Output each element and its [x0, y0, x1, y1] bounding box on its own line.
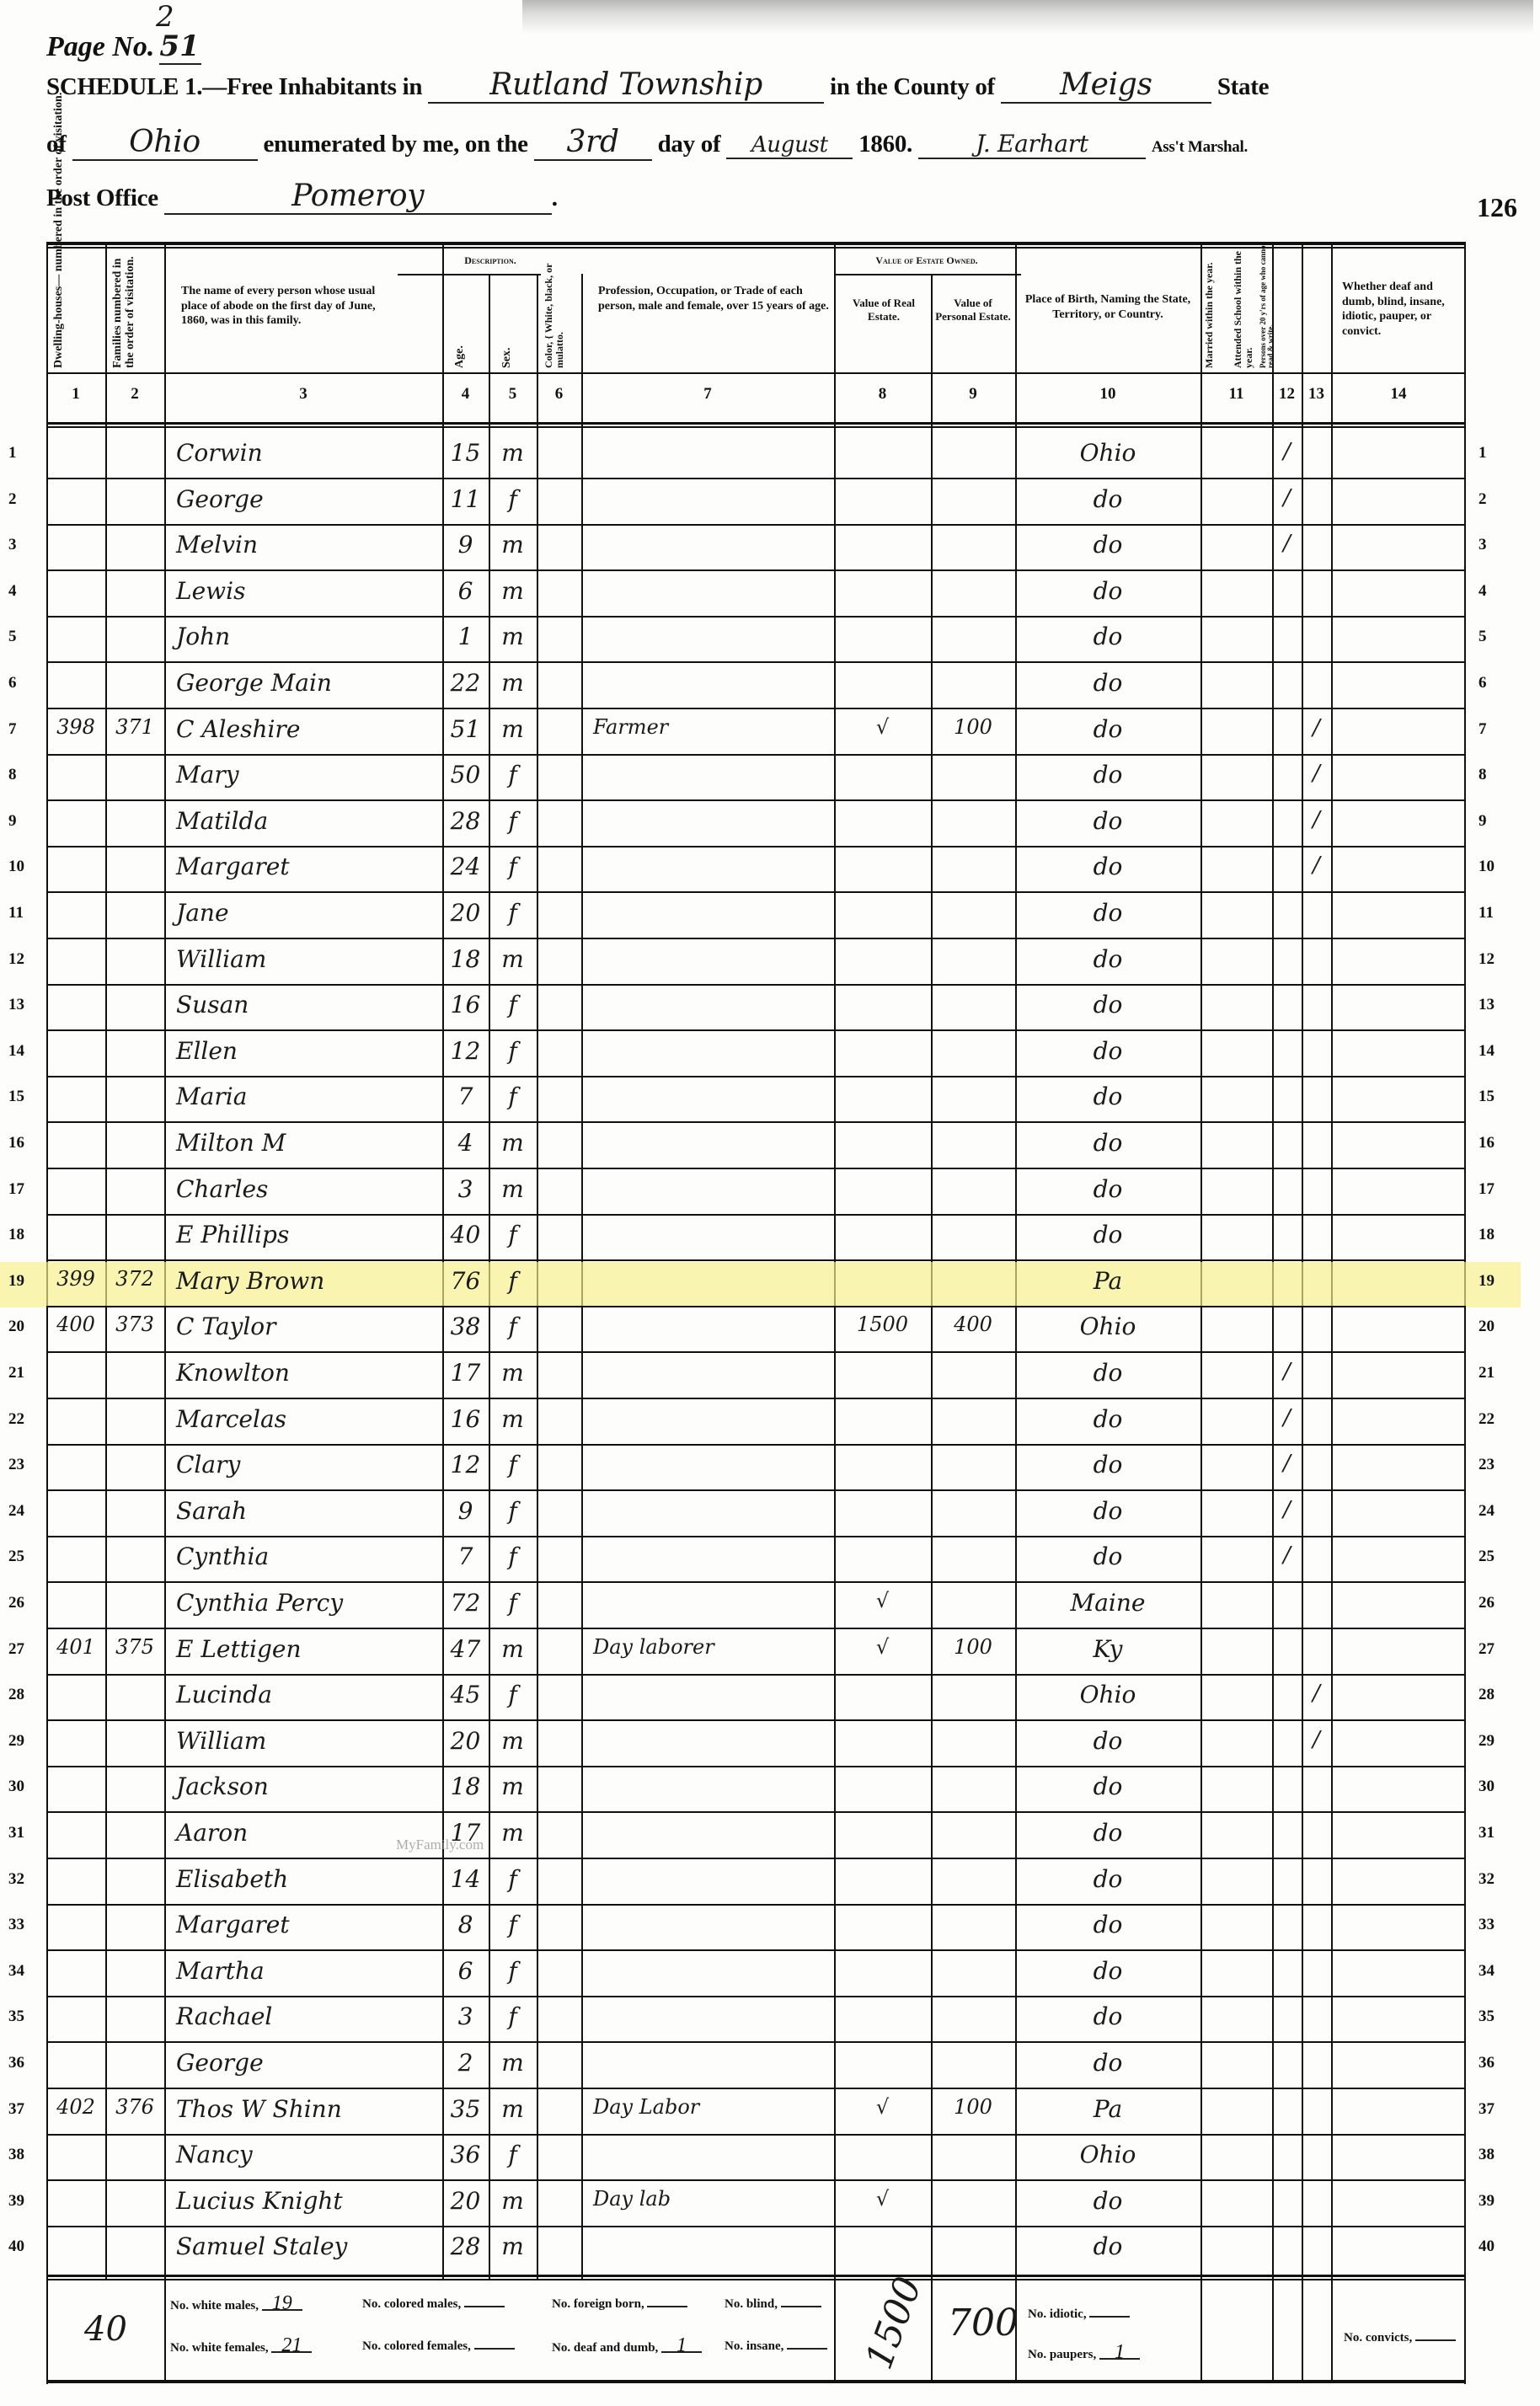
- school-mark: /: [1272, 1543, 1302, 1568]
- sex: f: [489, 485, 537, 513]
- line-number: 36: [8, 2054, 24, 2072]
- school-mark: /: [1272, 485, 1302, 511]
- personal-estate-value: 400: [931, 1313, 1015, 1336]
- sex: f: [489, 2002, 537, 2030]
- person-name: Rachael: [176, 2002, 272, 2030]
- age: 9: [442, 531, 489, 559]
- family-number: 376: [105, 2095, 164, 2119]
- line-number: 16: [8, 1134, 24, 1152]
- column-number: 6: [537, 385, 581, 404]
- sex: f: [489, 1865, 537, 1893]
- deaf-dumb-value: 1: [661, 2339, 702, 2353]
- line-number: 6: [8, 674, 17, 692]
- table-row[interactable]: 2828Lucinda45fOhio/: [46, 1676, 1466, 1721]
- table-row[interactable]: 2222Marcelas16mdo/: [46, 1400, 1466, 1446]
- table-row[interactable]: 3939Lucius Knight20mDay lab√do: [46, 2182, 1466, 2227]
- age: 45: [442, 1681, 489, 1708]
- dwelling-number: 401: [46, 1635, 105, 1659]
- age: 7: [442, 1083, 489, 1110]
- sex: f: [489, 1957, 537, 1985]
- col2-header: Families numbered in the order of visita…: [112, 250, 136, 368]
- age: 16: [442, 991, 489, 1019]
- sex: m: [489, 2187, 537, 2215]
- line-number: 30: [1479, 1778, 1495, 1796]
- person-name: John: [176, 623, 230, 650]
- age: 3: [442, 2002, 489, 2030]
- age: 38: [442, 1313, 489, 1340]
- table-row[interactable]: 2929William20mdo/: [46, 1722, 1466, 1767]
- line-number: 13: [1479, 996, 1495, 1014]
- table-row[interactable]: 1212William18mdo: [46, 940, 1466, 986]
- col9-header: Value of Personal Estate.: [933, 297, 1013, 324]
- age: 15: [442, 439, 489, 467]
- line-number: 12: [1479, 950, 1495, 969]
- sex: f: [489, 1083, 537, 1110]
- place-of-birth: do: [1015, 1175, 1200, 1203]
- illiterate-mark: /: [1302, 1681, 1331, 1706]
- line-number: 37: [8, 2100, 24, 2119]
- table-row[interactable]: 1111Jane20fdo: [46, 894, 1466, 939]
- description-header: Description.: [444, 254, 537, 267]
- insane-label: No. insane,: [725, 2339, 783, 2353]
- person-name: Melvin: [176, 531, 258, 559]
- paupers-value: 1: [1099, 2346, 1140, 2360]
- line-number: 33: [1479, 1916, 1495, 1934]
- sex: m: [489, 669, 537, 697]
- table-row[interactable]: 3434Martha6fdo: [46, 1952, 1466, 1997]
- line-number: 32: [8, 1870, 24, 1889]
- place-of-birth: do: [1015, 899, 1200, 927]
- illiterate-mark: /: [1302, 1727, 1331, 1752]
- table-row[interactable]: 1616Milton M4mdo: [46, 1124, 1466, 1169]
- age: 28: [442, 2232, 489, 2260]
- sex: m: [489, 439, 537, 467]
- line-number: 7: [1479, 720, 1487, 739]
- sex: f: [489, 1221, 537, 1248]
- person-name: Lucinda: [176, 1681, 272, 1708]
- line-number: 1: [8, 444, 17, 462]
- place-of-birth: do: [1015, 1543, 1200, 1570]
- age: 24: [442, 853, 489, 880]
- line-number: 3: [1479, 536, 1487, 554]
- sex: f: [489, 1681, 537, 1708]
- table-row[interactable]: 3737402376Thos W Shinn35mDay Labor√100Pa: [46, 2090, 1466, 2136]
- scan-smudge: [522, 0, 1533, 34]
- line-number: 23: [8, 1456, 24, 1474]
- place-of-birth: do: [1015, 1727, 1200, 1755]
- real-estate-value: √: [834, 2095, 931, 2119]
- age: 4: [442, 1129, 489, 1157]
- place-of-birth: do: [1015, 2002, 1200, 2030]
- person-name: Cynthia: [176, 1543, 269, 1570]
- line-number: 38: [1479, 2146, 1495, 2164]
- line-number: 25: [1479, 1548, 1495, 1566]
- place-of-birth: do: [1015, 715, 1200, 743]
- age: 50: [442, 761, 489, 789]
- column-number: 9: [931, 385, 1015, 404]
- sex: f: [489, 1911, 537, 1938]
- col7-header: Profession, Occupation, or Trade of each…: [598, 284, 834, 313]
- line-number: 4: [1479, 582, 1487, 601]
- white-females-summary: No. white females, 21: [170, 2339, 312, 2355]
- age: 18: [442, 1772, 489, 1800]
- col10-header: Place of Birth, Naming the State, Territ…: [1019, 292, 1196, 322]
- table-row-highlighted[interactable]: 1919399372Mary Brown76fPa: [0, 1262, 1521, 1307]
- person-name: Maria: [176, 1083, 247, 1110]
- person-name: Thos W Shinn: [176, 2095, 342, 2123]
- sex: m: [489, 1772, 537, 1800]
- table-row[interactable]: 1010Margaret24fdo/: [46, 847, 1466, 893]
- enumerated-label: enumerated by me, on the: [263, 131, 527, 158]
- table-row[interactable]: 55John1mdo: [46, 618, 1466, 663]
- age: 20: [442, 1727, 489, 1755]
- sex: m: [489, 2095, 537, 2123]
- family-number: 372: [105, 1267, 164, 1291]
- place-of-birth: do: [1015, 1129, 1200, 1157]
- table-row[interactable]: 2626Cynthia Percy72f√Maine: [46, 1584, 1466, 1629]
- table-row[interactable]: 3636George2mdo: [46, 2044, 1466, 2089]
- table-row[interactable]: 11Corwin15mOhio/: [46, 434, 1466, 479]
- line-number: 15: [1479, 1088, 1495, 1106]
- sex: f: [489, 1313, 537, 1340]
- place-of-birth: do: [1015, 623, 1200, 650]
- line-number: 24: [1479, 1502, 1495, 1521]
- column-number: 11: [1200, 385, 1272, 404]
- column-number: 12: [1272, 385, 1302, 404]
- sex: f: [489, 1543, 537, 1570]
- sex: m: [489, 715, 537, 743]
- person-name: Jackson: [176, 1772, 269, 1800]
- person-name: Clary: [176, 1451, 240, 1478]
- rule: [46, 2275, 1466, 2277]
- white-males-value: 19: [262, 2297, 302, 2311]
- person-name: Samuel Staley: [176, 2232, 347, 2260]
- dwelling-number: 400: [46, 1313, 105, 1336]
- place-of-birth: do: [1015, 485, 1200, 513]
- year-label: 1860.: [858, 131, 912, 158]
- age: 12: [442, 1451, 489, 1478]
- line-number: 38: [8, 2146, 24, 2164]
- real-estate-value: √: [834, 1635, 931, 1659]
- real-estate-value: √: [834, 1589, 931, 1612]
- person-name: Elisabeth: [176, 1865, 288, 1893]
- sex: m: [489, 2232, 537, 2260]
- table-row[interactable]: 4040Samuel Staley28mdo: [46, 2227, 1466, 2273]
- line-number: 33: [8, 1916, 24, 1934]
- column-number: 8: [834, 385, 931, 404]
- line-number: 10: [8, 858, 24, 876]
- sex: m: [489, 577, 537, 605]
- real-estate-value: √: [834, 715, 931, 739]
- age: 11: [442, 485, 489, 513]
- colored-females-label: No. colored females,: [362, 2339, 471, 2353]
- table-row[interactable]: 3838Nancy36fOhio: [46, 2136, 1466, 2181]
- post-office-line: Post Office Pomeroy.: [46, 179, 558, 215]
- census-table: Dwelling-houses— numbered in the order o…: [46, 242, 1466, 2384]
- sex: f: [489, 853, 537, 880]
- line-number: 21: [8, 1364, 24, 1382]
- person-name: Jane: [176, 899, 229, 927]
- table-row[interactable]: 66George Main22mdo: [46, 664, 1466, 709]
- age: 47: [442, 1635, 489, 1663]
- age: 35: [442, 2095, 489, 2123]
- line-number: 32: [1479, 1870, 1495, 1889]
- colored-females-summary: No. colored females,: [362, 2339, 515, 2354]
- blind-label: No. blind,: [725, 2297, 778, 2311]
- place-of-birth: do: [1015, 1865, 1200, 1893]
- column-number: 2: [105, 385, 164, 404]
- age: 22: [442, 669, 489, 697]
- person-name: Aaron: [176, 1819, 248, 1847]
- sheet-number: 126: [1477, 192, 1517, 223]
- foreign-born-summary: No. foreign born,: [552, 2297, 687, 2312]
- place-of-birth: do: [1015, 1819, 1200, 1847]
- col5-header: Sex.: [501, 348, 514, 369]
- age: 16: [442, 1405, 489, 1433]
- line-number: 39: [1479, 2192, 1495, 2211]
- personal-estate-value: 100: [931, 2095, 1015, 2119]
- col1-header: Dwelling-houses— numbered in the order o…: [53, 93, 66, 368]
- person-name: Mary: [176, 761, 239, 789]
- column-number: 10: [1015, 385, 1200, 404]
- family-number: 375: [105, 1635, 164, 1659]
- column-number: 3: [164, 385, 442, 404]
- line-number: 19: [8, 1272, 24, 1291]
- family-number: 371: [105, 715, 164, 739]
- age: 9: [442, 1497, 489, 1525]
- person-name: Lucius Knight: [176, 2187, 343, 2215]
- person-name: Cynthia Percy: [176, 1589, 343, 1617]
- place-of-birth: do: [1015, 761, 1200, 789]
- table-row[interactable]: 3535Rachael3fdo: [46, 1997, 1466, 2043]
- line-number: 31: [1479, 1824, 1495, 1842]
- line-number: 26: [8, 1594, 24, 1612]
- person-name: Susan: [176, 991, 249, 1019]
- place-of-birth: do: [1015, 669, 1200, 697]
- sex: m: [489, 1727, 537, 1755]
- person-name: Margaret: [176, 853, 290, 880]
- insane-summary: No. insane,: [725, 2339, 827, 2354]
- line-number: 1: [1479, 444, 1487, 462]
- sex: f: [489, 1589, 537, 1617]
- table-row[interactable]: 77398371C Aleshire51mFarmer√100do/: [46, 710, 1466, 756]
- person-name: George: [176, 485, 264, 513]
- county-label: in the County of: [830, 73, 995, 100]
- line-number: 35: [1479, 2008, 1495, 2026]
- sex: f: [489, 807, 537, 835]
- table-row[interactable]: 3030Jackson18mdo: [46, 1767, 1466, 1813]
- line-number: 9: [8, 812, 17, 831]
- table-row[interactable]: 2323Clary12fdo/: [46, 1446, 1466, 1491]
- idiotic-value: [1089, 2316, 1130, 2318]
- deaf-dumb-label: No. deaf and dumb,: [552, 2341, 658, 2355]
- age: 18: [442, 945, 489, 973]
- line-number: 22: [8, 1410, 24, 1429]
- state-label: State: [1217, 73, 1269, 100]
- col8-header: Value of Real Estate.: [840, 297, 928, 324]
- rule: [46, 422, 1466, 425]
- rule: [46, 242, 1466, 245]
- person-name: E Phillips: [176, 1221, 289, 1248]
- rule: [46, 247, 1466, 249]
- table-row[interactable]: 44Lewis6mdo: [46, 572, 1466, 618]
- table-row[interactable]: 3232Elisabeth14fdo: [46, 1860, 1466, 1906]
- marshal-label: Ass't Marshal.: [1152, 138, 1248, 156]
- colored-males-label: No. colored males,: [362, 2297, 461, 2311]
- day-field: 3rd: [534, 125, 652, 161]
- schedule-line: SCHEDULE 1.—Free Inhabitants in Rutland …: [46, 67, 1269, 104]
- table-row[interactable]: 1818E Phillips40fdo: [46, 1216, 1466, 1261]
- line-number: 3: [8, 536, 17, 554]
- place-of-birth: Ohio: [1015, 1681, 1200, 1708]
- rule: [46, 2279, 1466, 2280]
- col6-header: Color, { White, black, or mulatto.: [543, 250, 564, 368]
- line-number: 20: [1479, 1318, 1495, 1336]
- place-of-birth: do: [1015, 1083, 1200, 1110]
- white-males-label: No. white males,: [170, 2299, 259, 2312]
- place-of-birth: Ohio: [1015, 439, 1200, 467]
- line-number: 16: [1479, 1134, 1495, 1152]
- page-number-value: 51: [159, 29, 201, 65]
- line-number: 20: [8, 1318, 24, 1336]
- place-of-birth: do: [1015, 807, 1200, 835]
- line-number: 15: [8, 1088, 24, 1106]
- line-number: 25: [8, 1548, 24, 1566]
- rule: [46, 2380, 1466, 2383]
- sex: m: [489, 1175, 537, 1203]
- age: 36: [442, 2141, 489, 2168]
- table-row[interactable]: 99Matilda28fdo/: [46, 802, 1466, 847]
- person-name: Milton M: [176, 1129, 286, 1157]
- table-row[interactable]: 22George11fdo/: [46, 480, 1466, 526]
- sex: m: [489, 1129, 537, 1157]
- line-number: 18: [1479, 1226, 1495, 1244]
- convicts-label: No. convicts,: [1344, 2331, 1412, 2345]
- place-of-birth: do: [1015, 991, 1200, 1019]
- column-number: 13: [1302, 385, 1331, 404]
- school-mark: /: [1272, 531, 1302, 556]
- sex: f: [489, 991, 537, 1019]
- sex: m: [489, 1359, 537, 1387]
- table-row[interactable]: 88Mary50fdo/: [46, 756, 1466, 801]
- place-of-birth: Ky: [1015, 1635, 1200, 1663]
- table-row[interactable]: 33Melvin9mdo/: [46, 526, 1466, 571]
- column-number: 7: [581, 385, 834, 404]
- person-name: Matilda: [176, 807, 268, 835]
- line-number: 40: [8, 2238, 24, 2256]
- person-name: Charles: [176, 1175, 268, 1203]
- line-number: 40: [1479, 2238, 1495, 2256]
- column-number: 4: [442, 385, 489, 404]
- person-name: Marcelas: [176, 1405, 286, 1433]
- place-of-birth: do: [1015, 1911, 1200, 1938]
- table-row[interactable]: 1717Charles3mdo: [46, 1170, 1466, 1216]
- table-row[interactable]: 3131Aaron17mdo: [46, 1814, 1466, 1859]
- table-row[interactable]: 2525Cynthia7fdo/: [46, 1537, 1466, 1583]
- place-of-birth: do: [1015, 1405, 1200, 1433]
- rule: [834, 274, 1021, 275]
- person-name: Lewis: [176, 577, 245, 605]
- col11-header: Married within the year.: [1204, 250, 1215, 368]
- occupation: Day laborer: [593, 1635, 714, 1659]
- white-males-summary: No. white males, 19: [170, 2297, 302, 2313]
- place-of-birth: do: [1015, 1037, 1200, 1065]
- sex: m: [489, 1819, 537, 1847]
- sex: m: [489, 2049, 537, 2077]
- place-of-birth: do: [1015, 1451, 1200, 1478]
- line-number: 14: [8, 1042, 24, 1061]
- age: 7: [442, 1543, 489, 1570]
- sex: m: [489, 1405, 537, 1433]
- paupers-summary: No. paupers, 1: [1028, 2346, 1140, 2362]
- deaf-dumb-summary: No. deaf and dumb, 1: [552, 2339, 702, 2355]
- rule: [46, 426, 1466, 428]
- illiterate-mark: /: [1302, 715, 1331, 741]
- line-number: 21: [1479, 1364, 1495, 1382]
- page-annotation: 2: [156, 0, 174, 34]
- table-row[interactable]: 1414Ellen12fdo: [46, 1032, 1466, 1077]
- place-of-birth: Ohio: [1015, 2141, 1200, 2168]
- sex: f: [489, 2141, 537, 2168]
- day-of-label: day of: [658, 131, 721, 158]
- line-number: 34: [8, 1962, 24, 1981]
- column-number: 5: [489, 385, 537, 404]
- place-of-birth: Pa: [1015, 2095, 1200, 2123]
- dwelling-number: 399: [46, 1267, 105, 1291]
- col3-header: The name of every person whose usual pla…: [181, 284, 400, 329]
- table-row[interactable]: 2121Knowlton17mdo/: [46, 1354, 1466, 1399]
- table-row[interactable]: 1313Susan16fdo: [46, 986, 1466, 1031]
- age: 2: [442, 2049, 489, 2077]
- place-of-birth: do: [1015, 2187, 1200, 2215]
- sex: f: [489, 1451, 537, 1478]
- insane-value: [787, 2348, 827, 2350]
- table-row[interactable]: 2424Sarah9fdo/: [46, 1492, 1466, 1537]
- line-number: 11: [1479, 904, 1494, 922]
- sex: f: [489, 1497, 537, 1525]
- age: 6: [442, 577, 489, 605]
- person-name: Nancy: [176, 2141, 253, 2168]
- table-row[interactable]: 2020400373C Taylor38f1500400Ohio: [46, 1307, 1466, 1353]
- sex: f: [489, 1037, 537, 1065]
- estate-header: Value of Estate Owned.: [838, 254, 1015, 267]
- illiterate-mark: /: [1302, 807, 1331, 832]
- line-number: 4: [8, 582, 17, 601]
- foreign-born-value: [647, 2306, 687, 2307]
- table-row[interactable]: 1515Maria7fdo: [46, 1077, 1466, 1123]
- personal-estate-value: 100: [931, 715, 1015, 739]
- colored-males-value: [464, 2306, 505, 2307]
- colored-females-value: [474, 2348, 515, 2350]
- age: 1: [442, 623, 489, 650]
- line-number: 28: [8, 1686, 24, 1704]
- person-name: Margaret: [176, 1911, 290, 1938]
- place-of-birth: do: [1015, 853, 1200, 880]
- table-row[interactable]: 2727401375E Lettigen47mDay laborer√100Ky: [46, 1630, 1466, 1676]
- sex: m: [489, 531, 537, 559]
- age: 40: [442, 1221, 489, 1248]
- dwelling-number: 398: [46, 715, 105, 739]
- dwelling-number: 402: [46, 2095, 105, 2119]
- line-number: 6: [1479, 674, 1487, 692]
- school-mark: /: [1272, 1405, 1302, 1430]
- age: 3: [442, 1175, 489, 1203]
- table-row[interactable]: 3333Margaret8fdo: [46, 1906, 1466, 1951]
- place-of-birth: Ohio: [1015, 1313, 1200, 1340]
- convicts-value: [1415, 2339, 1456, 2341]
- white-females-value: 21: [271, 2339, 312, 2353]
- family-number: 373: [105, 1313, 164, 1336]
